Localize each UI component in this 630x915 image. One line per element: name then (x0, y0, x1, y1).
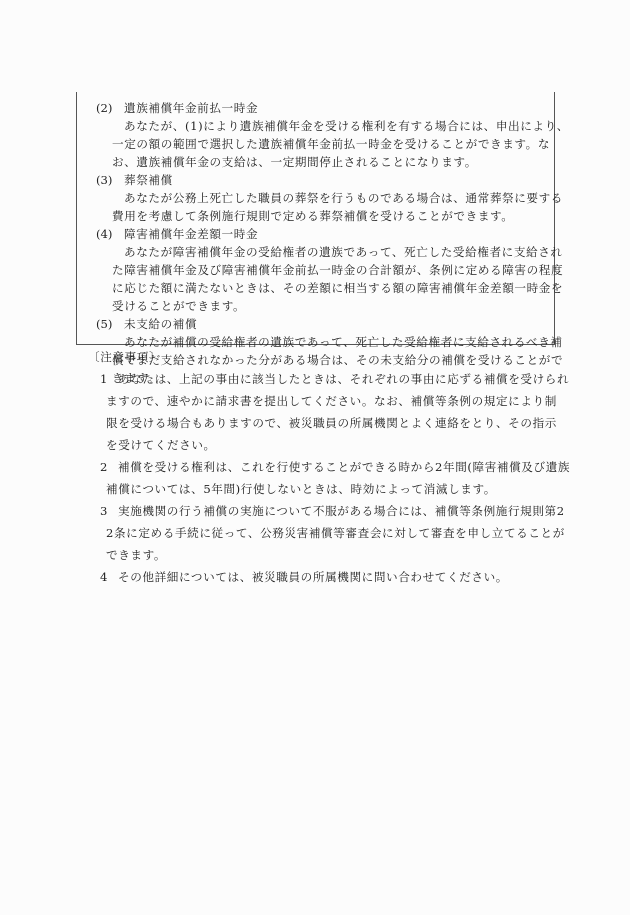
note-text-line: を受けてください。 (106, 434, 216, 456)
item-text-line: 償でまだ支給されなかった分がある場合は、その未支給分の補償を受けることがで (112, 351, 563, 369)
note-text-line: 限を受ける場合もありますので、被災職員の所属機関とよく連絡をとり、その指示 (106, 412, 557, 434)
item-text-line: あなたが補償の受給権者の遺族であって、死亡した受給権者に支給されるべき補 (124, 333, 563, 351)
item-title: 未支給の補償 (124, 315, 197, 333)
item-text-line: 受けることができます。 (112, 297, 245, 315)
note-text-line: あなたは、上記の事由に該当したときは、それぞれの事由に応ずる補償を受けられ (118, 368, 569, 390)
item-title: 障害補償年金差額一時金 (124, 225, 258, 243)
item-text-line: 一定の額の範囲で選択した遺族補償年金前払一時金を受けることができます。な (112, 135, 550, 153)
item-number: (4) (96, 225, 112, 243)
note-text-line: 2条に定める手続に従って、公務災害補償等審査会に対して審査を申し立てることが (106, 522, 565, 544)
notes-heading: 〔注意事項〕 (88, 346, 161, 368)
item-title: 遺族補償年金前払一時金 (124, 99, 258, 117)
note-text-line: 補償を受ける権利は、これを行使することができる時から2年間(障害補償及び遺族 (118, 456, 570, 478)
note-text-line: 補償については、5年間)行使しないときは、時効によって消滅します。 (106, 478, 496, 500)
item-text-line: た障害補償年金及び障害補償年金前払一時金の合計額が、条例に定める障害の程度 (112, 261, 563, 279)
item-number: (2) (96, 99, 112, 117)
note-text-line: その他詳細については、被災職員の所属機関に問い合わせてください。 (118, 566, 508, 588)
note-number: 2 (100, 456, 108, 478)
note-text-line: ますので、速やかに請求書を提出してください。なお、補償等条例の規定により制 (106, 390, 557, 412)
item-text-line: 費用を考慮して条例施行規則で定める葬祭補償を受けることができます。 (112, 207, 513, 225)
item-text-line: あなたが障害補償年金の受給権者の遺族であって、死亡した受給権者に支給され (124, 243, 563, 261)
item-number: (3) (96, 171, 112, 189)
item-text-line: お、遺族補償年金の支給は、一定期間停止されることになります。 (112, 153, 477, 171)
note-number: 1 (100, 368, 108, 390)
item-text-line: に応じた額に満たないときは、その差額に相当する額の障害補償年金差額一時金を (112, 279, 563, 297)
note-text-line: できます。 (106, 544, 166, 566)
item-text-line: あなたが公務上死亡した職員の葬祭を行うものである場合は、通常葬祭に要する (124, 189, 563, 207)
item-text-line: あなたが、(1)により遺族補償年金を受ける権利を有する場合には、申出により、 (124, 117, 569, 135)
item-number: (5) (96, 315, 112, 333)
note-number: 4 (100, 566, 108, 588)
item-title: 葬祭補償 (124, 171, 173, 189)
note-text-line: 実施機関の行う補償の実施について不服がある場合には、補償等条例施行規則第2 (118, 500, 565, 522)
note-number: 3 (100, 500, 108, 522)
